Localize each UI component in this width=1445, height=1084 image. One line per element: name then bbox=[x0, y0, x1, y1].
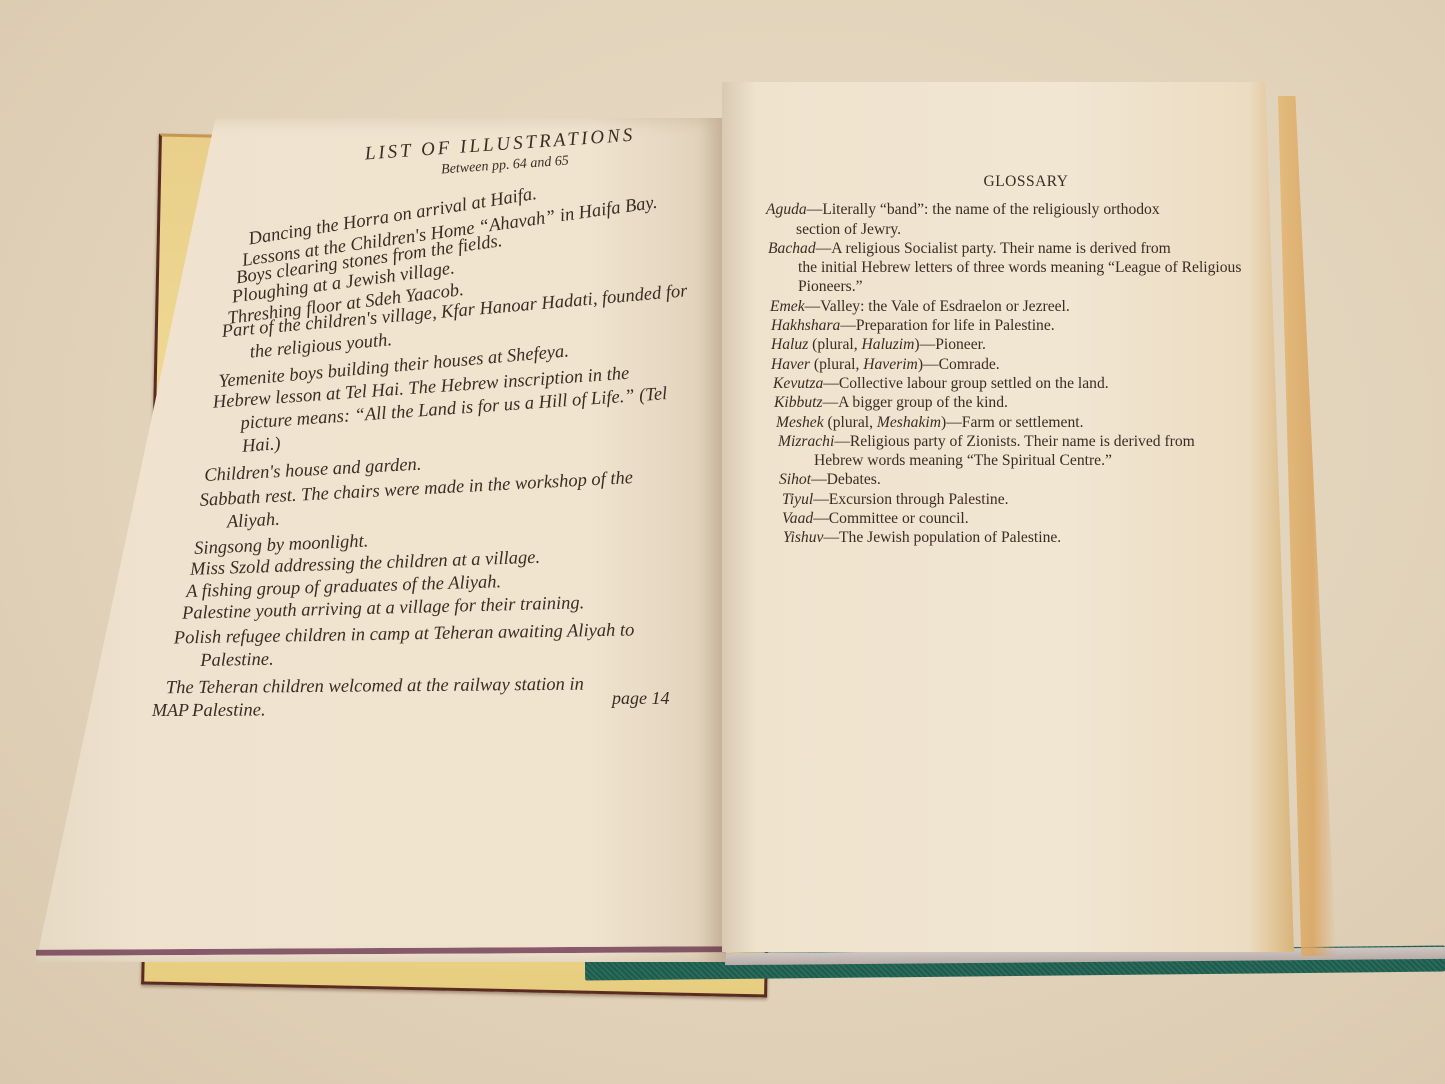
illustrations-list: Dancing the Horra on arrival at Haifa. L… bbox=[160, 193, 700, 721]
glossary-entry: Vaad—Committee or council. bbox=[782, 509, 1286, 528]
illustration-item: The Teheran children welcomed at the rai… bbox=[166, 673, 686, 724]
glossary-entry: Sihot—Debates. bbox=[779, 470, 1286, 489]
glossary-entry: Yishuv—The Jewish population of Palestin… bbox=[783, 528, 1286, 547]
illustration-item: Polish refugee children in camp at Teher… bbox=[174, 619, 685, 674]
glossary-entry: Haver (plural, Haverim)—Comrade. bbox=[771, 355, 1286, 374]
glossary-entry: Kevutza—Collective labour group settled … bbox=[773, 374, 1286, 393]
glossary-entry: Haluz (plural, Haluzim)—Pioneer. bbox=[771, 335, 1286, 354]
map-label: MAP bbox=[152, 700, 189, 721]
map-page-number: page 14 bbox=[612, 688, 670, 709]
glossary-entry: Tiyul—Excursion through Palestine. bbox=[782, 490, 1286, 509]
glossary-entry: Mizrachi—Religious party of Zionists. Th… bbox=[778, 432, 1286, 471]
glossary-entry: Kibbutz—A bigger group of the kind. bbox=[774, 393, 1286, 412]
illustrations-list-block: LIST OF ILLUSTRATIONS Between pp. 64 and… bbox=[160, 125, 700, 721]
glossary-entry: Meshek (plural, Meshakim)—Farm or settle… bbox=[776, 413, 1286, 432]
glossary-title: GLOSSARY bbox=[766, 172, 1286, 191]
glossary-entry: Aguda—Literally “band”: the name of the … bbox=[766, 200, 1286, 239]
glossary-entry: Hakhshara—Preparation for life in Palest… bbox=[771, 316, 1286, 335]
glossary-block: GLOSSARY Aguda—Literally “band”: the nam… bbox=[766, 172, 1286, 548]
glossary-entry: Emek—Valley: the Vale of Esdraelon or Je… bbox=[770, 297, 1286, 316]
glossary-entry: Bachad—A religious Socialist party. Thei… bbox=[768, 239, 1286, 297]
